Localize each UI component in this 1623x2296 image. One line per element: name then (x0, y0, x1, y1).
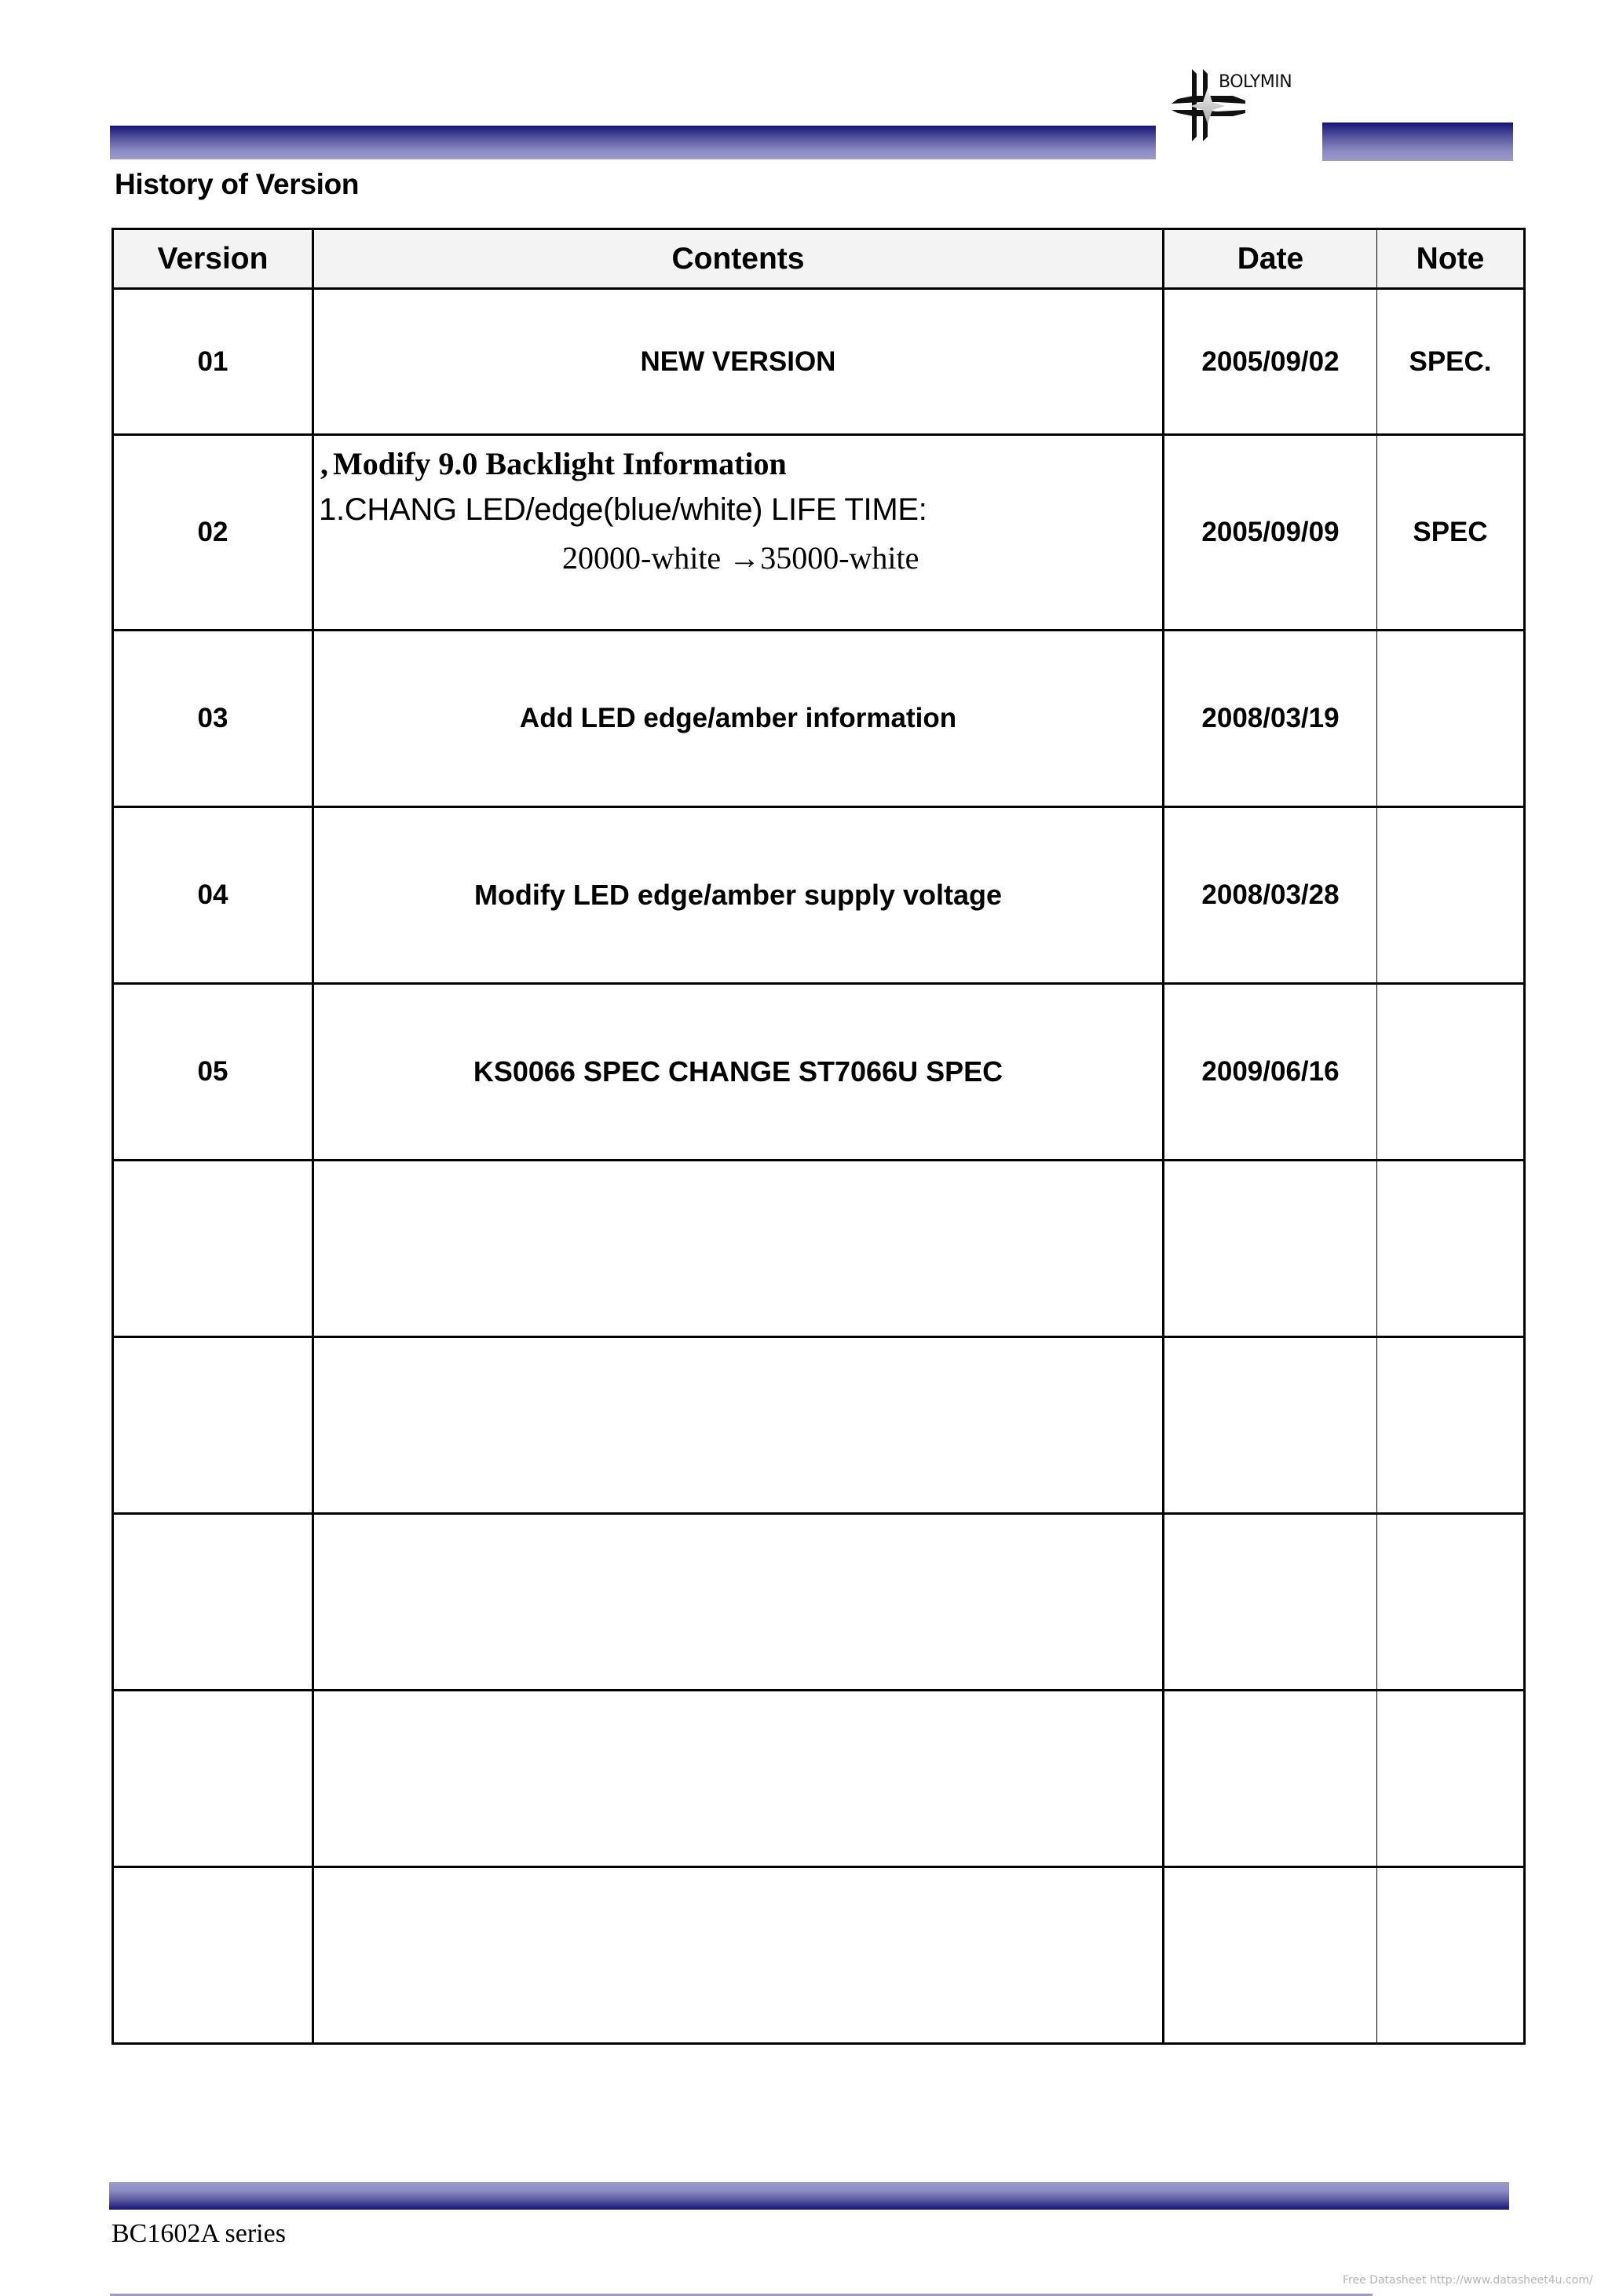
note-cell (1377, 984, 1525, 1161)
version-cell (113, 1514, 313, 1691)
note-cell (1377, 1337, 1525, 1514)
table-row: 03 Add LED edge/amber information 2008/0… (113, 631, 1525, 807)
version-cell: 01 (113, 289, 313, 435)
version-cell (113, 1161, 313, 1337)
table-row-empty (113, 1161, 1525, 1337)
date-cell: 2005/09/02 (1164, 289, 1377, 435)
note-cell (1377, 631, 1525, 807)
contents-cell (313, 1161, 1164, 1337)
footer-band (109, 2182, 1509, 2210)
header-band-left (110, 126, 1156, 159)
date-cell: 2008/03/19 (1164, 631, 1377, 807)
version-cell: 05 (113, 984, 313, 1161)
version-history-table: Version Contents Date Note 01 NEW VERSIO… (111, 228, 1526, 2045)
column-header-version: Version (113, 229, 313, 289)
table-row: 02 ,Modify 9.0 Backlight Information 1.C… (113, 435, 1525, 631)
brand-name: BOLYMIN (1219, 72, 1292, 92)
version-cell (113, 1691, 313, 1867)
note-cell (1377, 1514, 1525, 1691)
date-cell (1164, 1161, 1377, 1337)
brand-logo: BOLYMIN (1170, 68, 1311, 143)
date-cell (1164, 1514, 1377, 1691)
version-cell: 04 (113, 807, 313, 984)
contents-line-detail: 20000-white →35000-white (562, 539, 919, 576)
version-cell (113, 1337, 313, 1514)
contents-cell: NEW VERSION (313, 289, 1164, 435)
column-header-note: Note (1377, 229, 1525, 289)
date-cell: 2009/06/16 (1164, 984, 1377, 1161)
page-title: History of Version (115, 168, 359, 201)
version-cell: 03 (113, 631, 313, 807)
note-cell (1377, 1161, 1525, 1337)
table-row-empty (113, 1691, 1525, 1867)
table-row: 01 NEW VERSION 2005/09/02 SPEC. (113, 289, 1525, 435)
contents-cell (313, 1691, 1164, 1867)
contents-cell: ,Modify 9.0 Backlight Information 1.CHAN… (313, 435, 1164, 631)
note-cell (1377, 807, 1525, 984)
contents-cell: Add LED edge/amber information (313, 631, 1164, 807)
table-row-empty (113, 1514, 1525, 1691)
date-cell: 2005/09/09 (1164, 435, 1377, 631)
date-cell (1164, 1337, 1377, 1514)
watermark-text: Free Datasheet http://www.datasheet4u.co… (1343, 2274, 1593, 2287)
contents-cell (313, 1514, 1164, 1691)
contents-cell (313, 1867, 1164, 2044)
contents-line-heading: ,Modify 9.0 Backlight Information (320, 445, 787, 482)
table-header-row: Version Contents Date Note (113, 229, 1525, 289)
contents-line-change: 1.CHANG LED/edge(blue/white) LIFE TIME: (319, 492, 927, 528)
column-header-date: Date (1164, 229, 1377, 289)
header-band-right (1322, 122, 1513, 161)
date-cell (1164, 1867, 1377, 2044)
version-cell: 02 (113, 435, 313, 631)
note-cell: SPEC. (1377, 289, 1525, 435)
contents-cell: Modify LED edge/amber supply voltage (313, 807, 1164, 984)
table-row-empty (113, 1337, 1525, 1514)
note-cell (1377, 1867, 1525, 2044)
contents-cell (313, 1337, 1164, 1514)
table-row: 05 KS0066 SPEC CHANGE ST7066U SPEC 2009/… (113, 984, 1525, 1161)
table-row-empty (113, 1867, 1525, 2044)
contents-cell: KS0066 SPEC CHANGE ST7066U SPEC (313, 984, 1164, 1161)
version-cell (113, 1867, 313, 2044)
column-header-contents: Contents (313, 229, 1164, 289)
date-cell (1164, 1691, 1377, 1867)
footer-series-label: BC1602A series (111, 2219, 286, 2249)
date-cell: 2008/03/28 (1164, 807, 1377, 984)
note-cell (1377, 1691, 1525, 1867)
note-cell: SPEC (1377, 435, 1525, 631)
table-row: 04 Modify LED edge/amber supply voltage … (113, 807, 1525, 984)
